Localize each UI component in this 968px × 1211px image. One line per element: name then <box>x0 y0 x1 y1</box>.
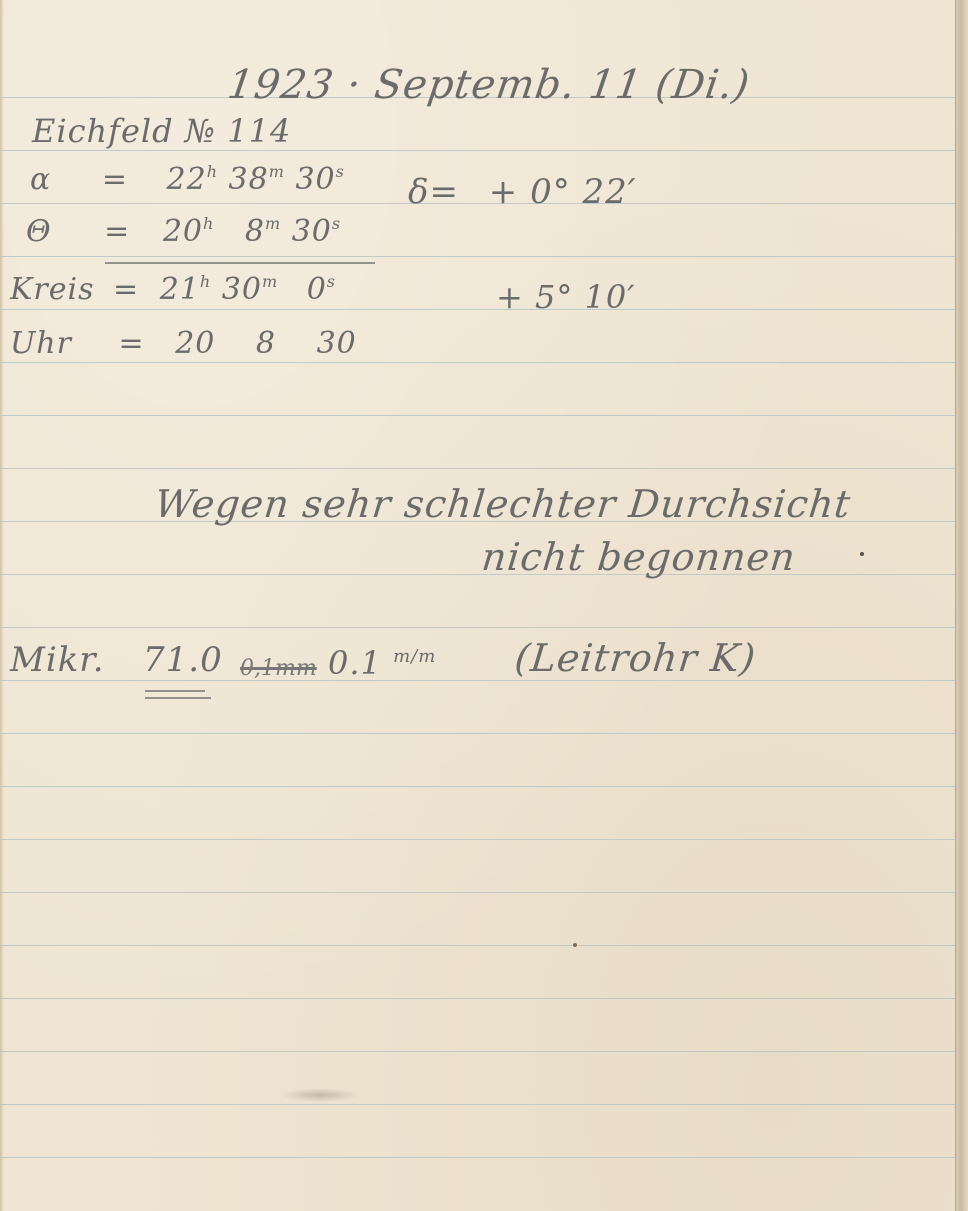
ruled-line <box>0 1051 955 1052</box>
seconds-unit: s <box>327 272 336 291</box>
alpha-equals: = <box>102 162 128 197</box>
alpha-symbol: α <box>30 162 51 197</box>
ruled-line <box>0 998 955 999</box>
page-left-edge <box>0 0 4 1211</box>
ruled-line <box>0 839 955 840</box>
notebook-page: 1923 · Septemb. 11 (Di.) Eichfeld № 114 … <box>0 0 968 1211</box>
theta-row: Θ = 20h 8m 30s <box>26 214 341 249</box>
note-line-1: Wegen sehr schlechter Durchsicht <box>153 482 853 526</box>
hours-unit: h <box>203 214 214 233</box>
note-line-2: nicht begonnen <box>480 535 798 579</box>
micrometer-step: 0.1 m/m <box>328 644 436 682</box>
alpha-hours: 22 <box>167 162 207 197</box>
date-heading: 1923 · Septemb. 11 (Di.) <box>225 62 753 108</box>
uhr-label: Uhr <box>10 326 72 361</box>
ruled-line <box>0 256 955 257</box>
kreis-equals: = <box>113 272 139 307</box>
delta-row: δ= + 0° 22′ <box>408 172 637 212</box>
uhr-minutes: 8 <box>256 326 276 361</box>
delta-second-value: + 5° 10′ <box>496 278 636 316</box>
ruled-line <box>0 680 955 681</box>
ruled-line <box>0 945 955 946</box>
micrometer-value: 71.0 <box>143 640 223 680</box>
seconds-unit: s <box>332 214 341 233</box>
ruled-line <box>0 786 955 787</box>
theta-seconds: 30 <box>292 214 332 249</box>
ruled-line <box>0 309 955 310</box>
ruled-line <box>0 1104 955 1105</box>
theta-symbol: Θ <box>26 214 52 249</box>
pencil-smudge <box>280 1088 360 1102</box>
field-label: Eichfeld № 114 <box>32 112 291 150</box>
value-double-underline <box>145 697 211 699</box>
kreis-minutes: 30 <box>222 272 262 307</box>
theta-hours: 20 <box>163 214 203 249</box>
ruled-line <box>0 415 955 416</box>
kreis-label: Kreis <box>10 272 95 307</box>
ruled-line <box>0 733 955 734</box>
delta-symbol: δ <box>408 172 429 212</box>
micrometer-step-value: 0.1 <box>328 644 382 682</box>
micrometer-note: (Leitrohr K) <box>513 636 759 680</box>
ruled-line <box>0 627 955 628</box>
ruled-line <box>0 150 955 151</box>
ruled-line <box>0 362 955 363</box>
value-underline <box>145 690 205 692</box>
minutes-unit: m <box>265 214 281 233</box>
notebook-spine <box>955 0 968 1211</box>
struck-out-text: 0,1mm <box>240 656 317 681</box>
ruled-line <box>0 468 955 469</box>
uhr-seconds: 30 <box>317 326 357 361</box>
micrometer-unit: m/m <box>393 646 436 667</box>
micrometer-label: Mikr. <box>10 640 105 680</box>
minutes-unit: m <box>269 162 285 181</box>
sum-underline <box>105 262 375 264</box>
paper-spot <box>573 943 577 947</box>
kreis-row: Kreis = 21h 30m 0s <box>10 272 336 307</box>
alpha-minutes: 38 <box>229 162 269 197</box>
minutes-unit: m <box>262 272 278 291</box>
ink-dot <box>860 552 864 556</box>
ruled-line <box>0 574 955 575</box>
alpha-row: α = 22h 38m 30s <box>30 162 345 197</box>
hours-unit: h <box>200 272 211 291</box>
ruled-line <box>0 1157 955 1158</box>
uhr-hours: 20 <box>175 326 215 361</box>
alpha-seconds: 30 <box>295 162 335 197</box>
seconds-unit: s <box>336 162 345 181</box>
ruled-line <box>0 892 955 893</box>
kreis-hours: 21 <box>160 272 200 307</box>
delta-equals: = <box>429 172 459 212</box>
uhr-row: Uhr = 20 8 30 <box>10 326 357 361</box>
kreis-seconds: 0 <box>307 272 327 307</box>
theta-equals: = <box>104 214 130 249</box>
theta-minutes: 8 <box>245 214 265 249</box>
uhr-equals: = <box>119 326 145 361</box>
hours-unit: h <box>207 162 218 181</box>
delta-value: + 0° 22′ <box>489 172 637 212</box>
